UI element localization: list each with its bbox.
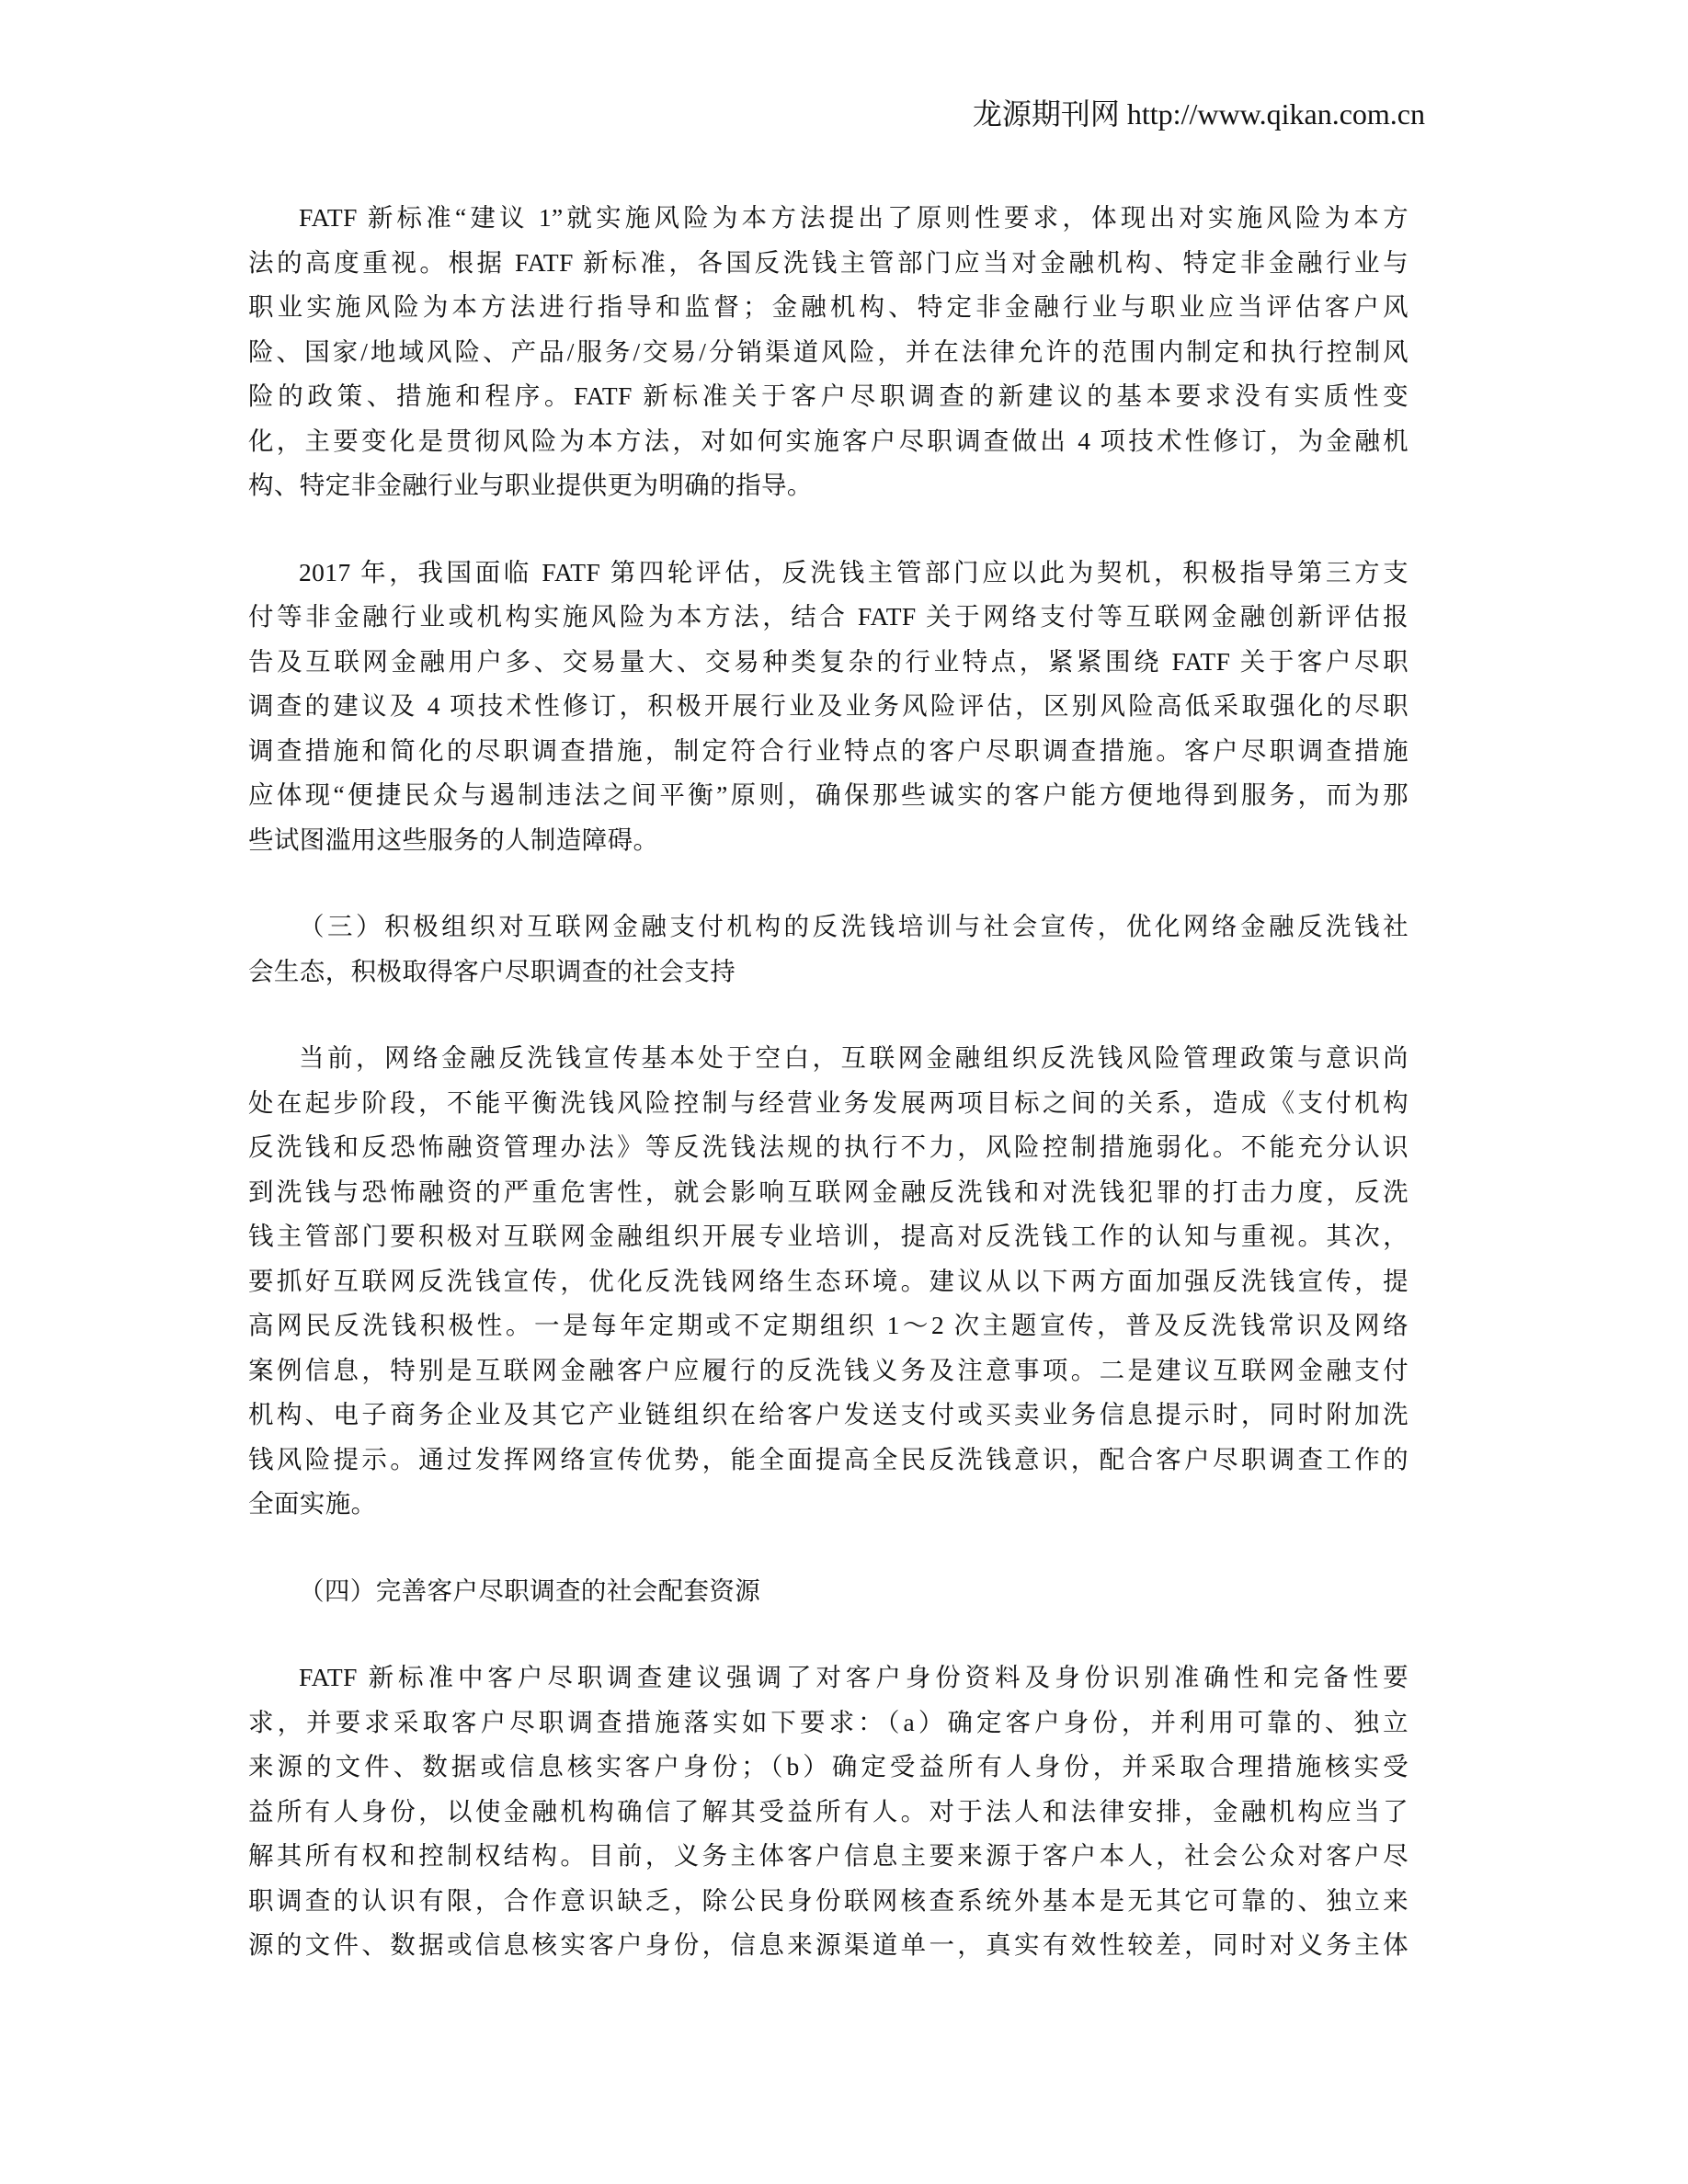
text-line: 化，主要变化是贯彻风险为本方法，对如何实施客户尽职调查做出 4 项技术性修订，为…	[248, 419, 1409, 464]
text-line: FATF 新标准中客户尽职调查建议强调了对客户身份资料及身份识别准确性和完备性要	[248, 1655, 1409, 1701]
text-line: 要抓好互联网反洗钱宣传，优化反洗钱网络生态环境。建议从以下两方面加强反洗钱宣传，…	[248, 1259, 1409, 1304]
text-line: 解其所有权和控制权结构。目前，义务主体客户信息主要来源于客户本人，社会公众对客户…	[248, 1834, 1409, 1879]
paragraph-2017-evaluation: 2017 年，我国面临 FATF 第四轮评估，反洗钱主管部门应以此为契机，积极指…	[248, 551, 1409, 863]
section-heading-4: （四）完善客户尽职调查的社会配套资源	[248, 1569, 1409, 1614]
paragraph-gap	[248, 1527, 1409, 1569]
section-heading-3: （三）积极组织对互联网金融支付机构的反洗钱培训与社会宣传，优化网络金融反洗钱社 …	[248, 904, 1409, 994]
text-line: 反洗钱和反恐怖融资管理办法》等反洗钱法规的执行不力，风险控制措施弱化。不能充分认…	[248, 1125, 1409, 1170]
text-line: 些试图滥用这些服务的人制造障碍。	[248, 818, 1409, 863]
text-line: 高网民反洗钱积极性。一是每年定期或不定期组织 1～2 次主题宣传，普及反洗钱常识…	[248, 1303, 1409, 1348]
text-line: 险、国家/地域风险、产品/服务/交易/分销渠道风险，并在法律允许的范围内制定和执…	[248, 330, 1409, 375]
text-line: 职业实施风险为本方法进行指导和监督；金融机构、特定非金融行业与职业应当评估客户风	[248, 285, 1409, 330]
text-line: 机构、电子商务企业及其它产业链组织在给客户发送支付或买卖业务信息提示时，同时附加…	[248, 1393, 1409, 1438]
paragraph-current-publicity: 当前，网络金融反洗钱宣传基本处于空白，互联网金融组织反洗钱风险管理政策与意识尚 …	[248, 1036, 1409, 1527]
text-line: 求，并要求采取客户尽职调查措施落实如下要求：（a）确定客户身份，并利用可靠的、独…	[248, 1701, 1409, 1746]
heading-line: 会生态，积极取得客户尽职调查的社会支持	[248, 950, 1409, 995]
paragraph-gap	[248, 1613, 1409, 1655]
paragraph-gap	[248, 508, 1409, 551]
text-line: 调查的建议及 4 项技术性修订，积极开展行业及业务风险评估，区别风险高低采取强化…	[248, 684, 1409, 729]
text-line: 来源的文件、数据或信息核实客户身份；（b）确定受益所有人身份，并采取合理措施核实…	[248, 1745, 1409, 1790]
text-line: 到洗钱与恐怖融资的严重危害性，就会影响互联网金融反洗钱和对洗钱犯罪的打击力度，反…	[248, 1170, 1409, 1215]
paragraph-fatf-recommendation-1: FATF 新标准“建议 1”就实施风险为本方法提出了原则性要求，体现出对实施风险…	[248, 196, 1409, 508]
text-line: 当前，网络金融反洗钱宣传基本处于空白，互联网金融组织反洗钱风险管理政策与意识尚	[248, 1036, 1409, 1081]
text-line: 职调查的认识有限，合作意识缺乏，除公民身份联网核查系统外基本是无其它可靠的、独立…	[248, 1879, 1409, 1924]
text-line: 告及互联网金融用户多、交易量大、交易种类复杂的行业特点，紧紧围绕 FATF 关于…	[248, 640, 1409, 685]
text-line: 法的高度重视。根据 FATF 新标准，各国反洗钱主管部门应当对金融机构、特定非金…	[248, 241, 1409, 286]
paragraph-gap	[248, 994, 1409, 1036]
page-header-site-name: 龙源期刊网 http://www.qikan.com.cn	[973, 96, 1425, 132]
text-line: 应体现“便捷民众与遏制违法之间平衡”原则，确保那些诚实的客户能方便地得到服务，而…	[248, 773, 1409, 818]
heading-line: （三）积极组织对互联网金融支付机构的反洗钱培训与社会宣传，优化网络金融反洗钱社	[248, 904, 1409, 950]
text-line: 案例信息，特别是互联网金融客户应履行的反洗钱义务及注意事项。二是建议互联网金融支…	[248, 1348, 1409, 1393]
text-line: 钱主管部门要积极对互联网金融组织开展专业培训，提高对反洗钱工作的认知与重视。其次…	[248, 1214, 1409, 1259]
heading-line: （四）完善客户尽职调查的社会配套资源	[248, 1569, 1409, 1614]
text-line: FATF 新标准“建议 1”就实施风险为本方法提出了原则性要求，体现出对实施风险…	[248, 196, 1409, 241]
paragraph-gap	[248, 862, 1409, 904]
text-line: 处在起步阶段，不能平衡洗钱风险控制与经营业务发展两项目标之间的关系，造成《支付机…	[248, 1081, 1409, 1126]
text-line: 险的政策、措施和程序。FATF 新标准关于客户尽职调查的新建议的基本要求没有实质…	[248, 374, 1409, 419]
text-line: 2017 年，我国面临 FATF 第四轮评估，反洗钱主管部门应以此为契机，积极指…	[248, 551, 1409, 596]
document-body: FATF 新标准“建议 1”就实施风险为本方法提出了原则性要求，体现出对实施风险…	[248, 196, 1409, 1968]
text-line: 全面实施。	[248, 1482, 1409, 1527]
paragraph-cdd-requirements: FATF 新标准中客户尽职调查建议强调了对客户身份资料及身份识别准确性和完备性要…	[248, 1655, 1409, 1968]
text-line: 钱风险提示。通过发挥网络宣传优势，能全面提高全民反洗钱意识，配合客户尽职调查工作…	[248, 1438, 1409, 1483]
text-line: 构、特定非金融行业与职业提供更为明确的指导。	[248, 463, 1409, 508]
text-line: 源的文件、数据或信息核实客户身份，信息来源渠道单一，真实有效性较差，同时对义务主…	[248, 1923, 1409, 1968]
text-line: 益所有人身份，以使金融机构确信了解其受益所有人。对于法人和法律安排，金融机构应当…	[248, 1790, 1409, 1835]
text-line: 调查措施和简化的尽职调查措施，制定符合行业特点的客户尽职调查措施。客户尽职调查措…	[248, 729, 1409, 774]
text-line: 付等非金融行业或机构实施风险为本方法，结合 FATF 关于网络支付等互联网金融创…	[248, 595, 1409, 640]
